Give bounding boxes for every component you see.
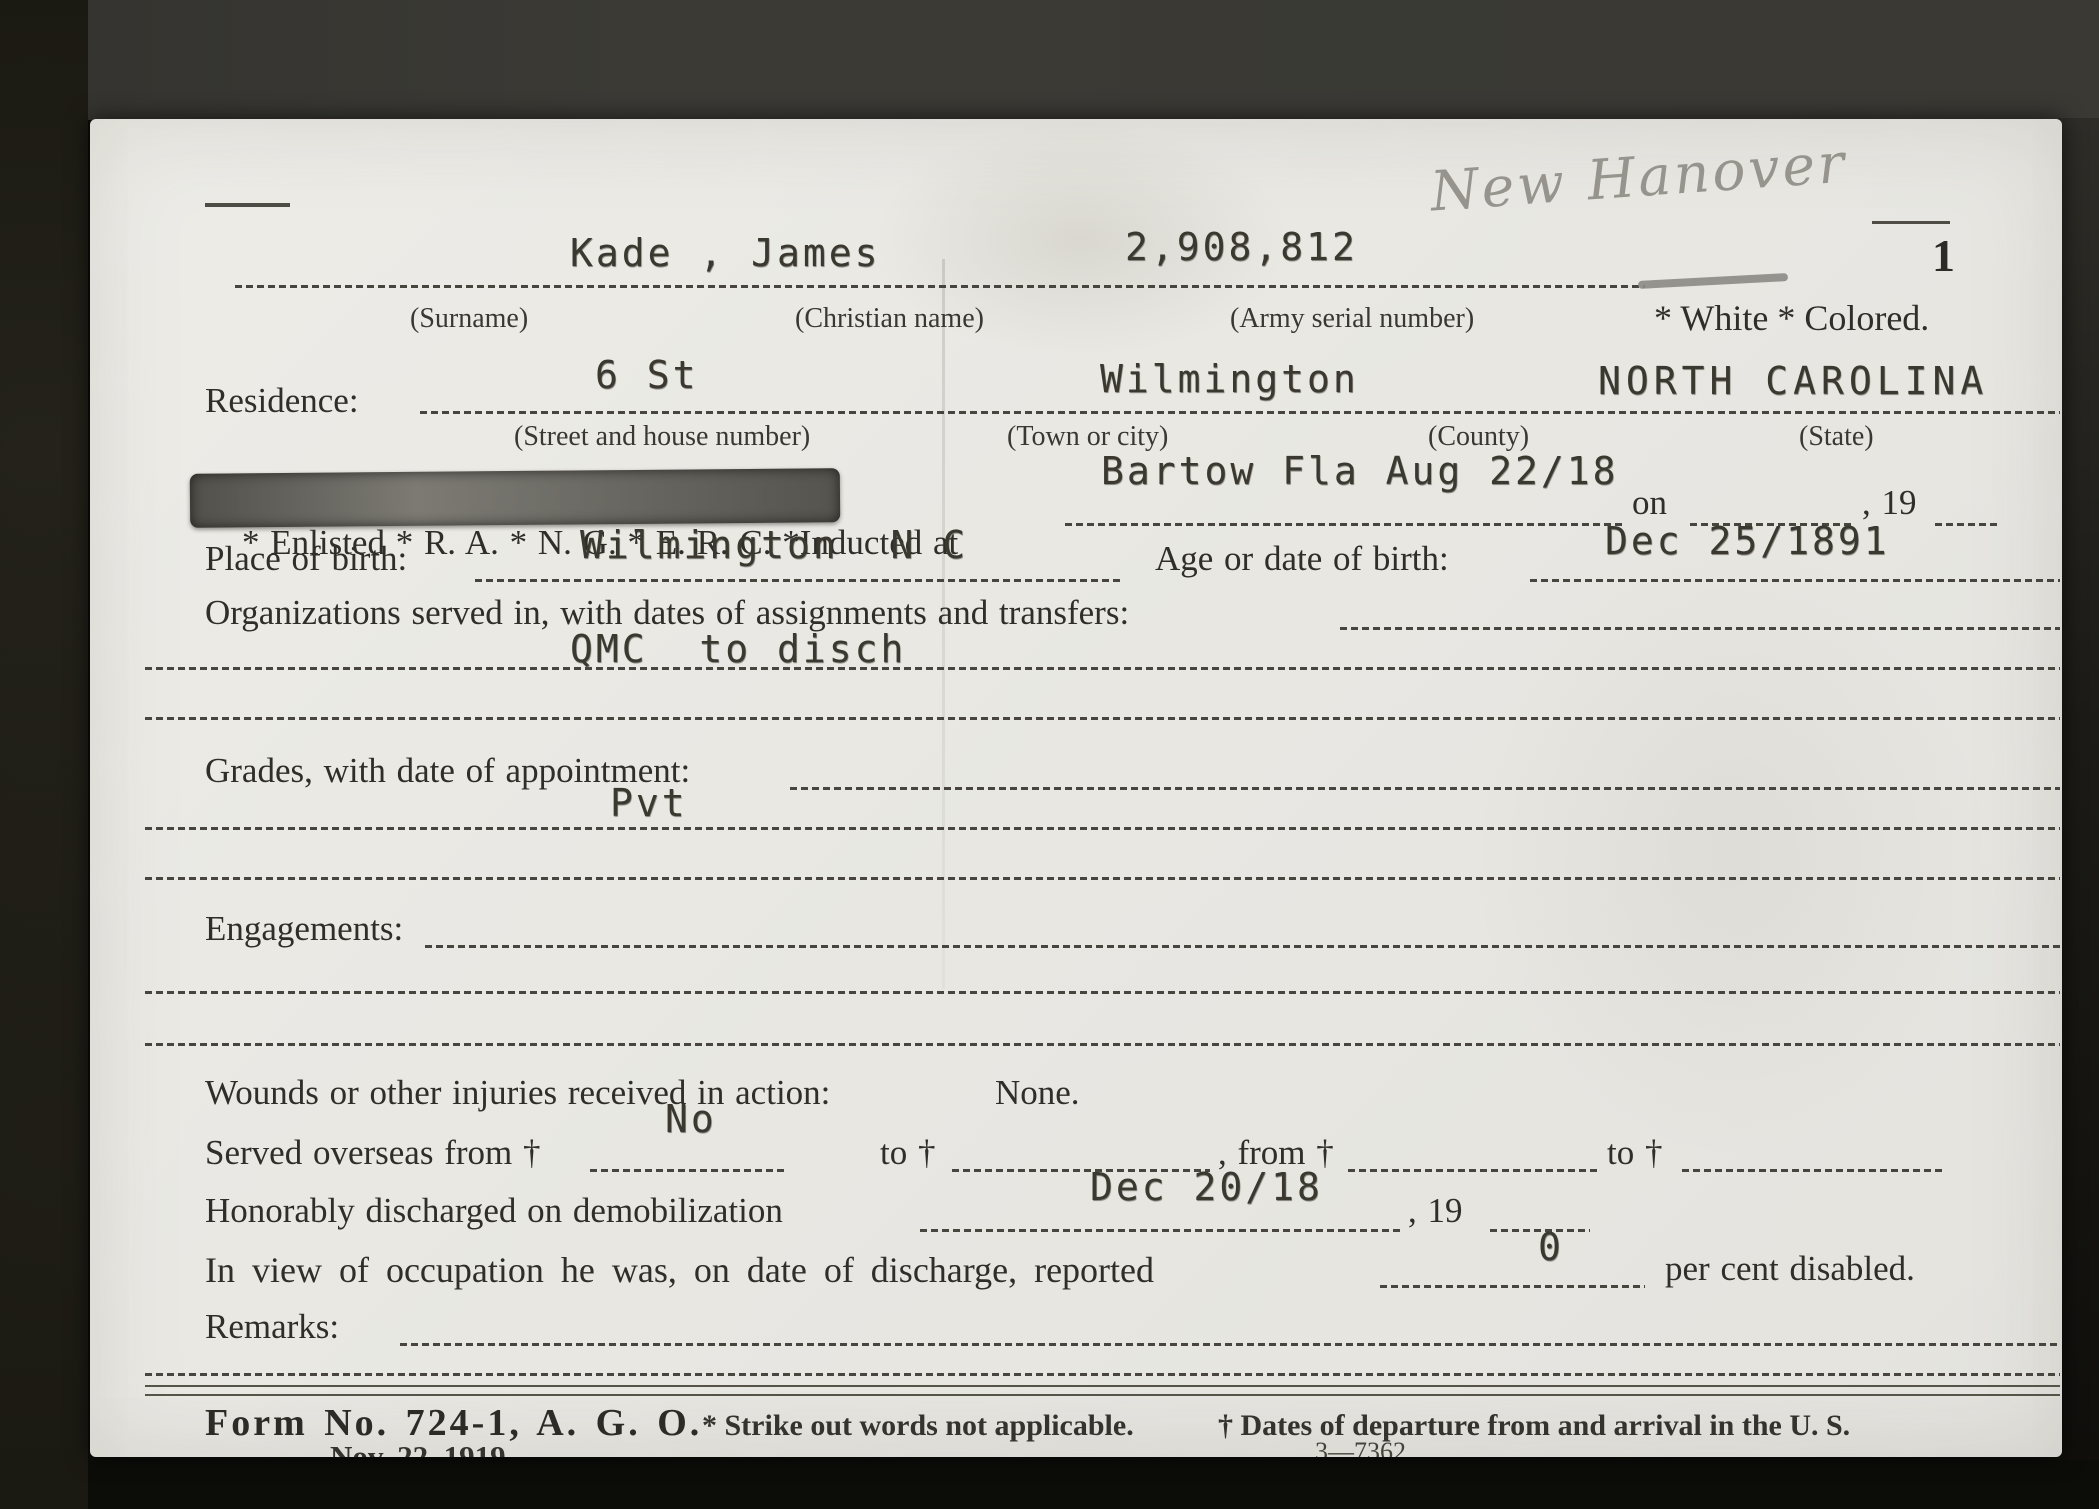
dotted-rule	[420, 411, 2060, 414]
discharged-value: Dec 20/18	[1090, 1165, 1323, 1209]
dotted-rule	[400, 1343, 2060, 1346]
discharged-label: Honorably discharged on demobilization	[205, 1191, 783, 1231]
footnote-dagger-dates: † Dates of departure from and arrival in…	[1218, 1409, 1850, 1443]
street-value: 6 St	[595, 353, 699, 397]
race-asterisk: *	[1654, 298, 1680, 338]
army-serial-value: 2,908,812	[1125, 225, 1358, 269]
wounds-label: Wounds or other injuries received in act…	[205, 1073, 830, 1113]
dotted-rule	[235, 285, 1645, 288]
scan-top-band	[0, 0, 2099, 120]
label-surname: (Surname)	[410, 303, 528, 335]
place-of-birth-label: Place of birth:	[205, 539, 407, 579]
place-of-birth-value: Wilmington N C	[580, 523, 968, 567]
print-code: 3—7362	[1315, 1437, 1406, 1457]
dotted-rule	[145, 1373, 2060, 1376]
overseas-to-label-1: to †	[880, 1133, 935, 1173]
page-number: 1	[1932, 229, 1955, 282]
state-value: NORTH CAROLINA	[1598, 359, 1988, 403]
scan-left-strip	[0, 0, 88, 1509]
on-label: on	[1632, 483, 1667, 523]
dotted-rule	[145, 827, 2060, 830]
wounds-value: None.	[995, 1073, 1080, 1113]
double-rule	[145, 1385, 2060, 1396]
form-date: Nov. 22, 1919.	[330, 1439, 513, 1457]
dotted-rule	[1380, 1285, 1645, 1288]
ink-strikeout	[190, 468, 840, 528]
organizations-value: QMC to disch	[570, 627, 906, 671]
footnote-strike-out: * Strike out words not applicable.	[702, 1409, 1134, 1443]
label-street-house-number: (Street and house number)	[514, 421, 810, 453]
dotted-rule	[1682, 1169, 1944, 1172]
label-state: (State)	[1799, 421, 1874, 453]
dotted-rule	[475, 579, 1120, 582]
label-army-serial-number: (Army serial number)	[1230, 303, 1474, 335]
dotted-rule	[1340, 627, 2060, 630]
label-christian-name: (Christian name)	[795, 303, 984, 335]
surname-christian-value: Kade , James	[570, 231, 881, 275]
occupation-label: In view of occupation he was, on date of…	[205, 1249, 1154, 1291]
overseas-to-label-2: to †	[1607, 1133, 1662, 1173]
dotted-rule	[145, 717, 2060, 720]
dotted-rule	[920, 1229, 1400, 1232]
race-colored-option: * Colored.	[1768, 298, 1929, 338]
dotted-rule	[1530, 579, 2060, 582]
page-number-dash	[1872, 221, 1950, 224]
grades-value: Pvt	[610, 781, 688, 825]
scan-right-strip	[2058, 118, 2099, 1460]
percent-disabled-value: 0	[1538, 1225, 1564, 1269]
service-record-card: New Hanover 1 Kade , James 2,908,812 * W…	[90, 119, 2062, 1457]
dotted-rule	[145, 877, 2060, 880]
top-left-dash	[205, 203, 290, 207]
dotted-rule	[1348, 1169, 1598, 1172]
dotted-rule	[590, 1169, 785, 1172]
discharged-year-label: , 19	[1408, 1191, 1463, 1231]
year-19-label: , 19	[1862, 483, 1917, 523]
engagements-label: Engagements:	[205, 909, 403, 949]
served-overseas-value: No	[665, 1097, 717, 1141]
dotted-rule	[1935, 523, 2000, 526]
town-value: Wilmington	[1100, 357, 1359, 401]
age-or-birthdate-label: Age or date of birth:	[1155, 539, 1449, 579]
handwritten-county-note: New Hanover	[1428, 131, 1849, 224]
dotted-rule	[425, 945, 2060, 948]
residence-label: Residence:	[205, 381, 359, 421]
dotted-rule	[145, 991, 2060, 994]
age-or-birthdate-value: Dec 25/1891	[1605, 519, 1890, 563]
dotted-rule	[1065, 523, 1625, 526]
dotted-rule	[790, 787, 2060, 790]
race-white-option: White	[1680, 298, 1768, 338]
served-overseas-label: Served overseas from †	[205, 1133, 540, 1173]
percent-disabled-label: per cent disabled.	[1665, 1249, 1915, 1289]
dotted-rule	[145, 1043, 2060, 1046]
dotted-rule	[145, 667, 2060, 670]
paper-stain	[1470, 539, 1990, 1159]
remarks-label: Remarks:	[205, 1307, 339, 1347]
inducted-at-value: Bartow Fla Aug 22/18	[1101, 449, 1619, 493]
